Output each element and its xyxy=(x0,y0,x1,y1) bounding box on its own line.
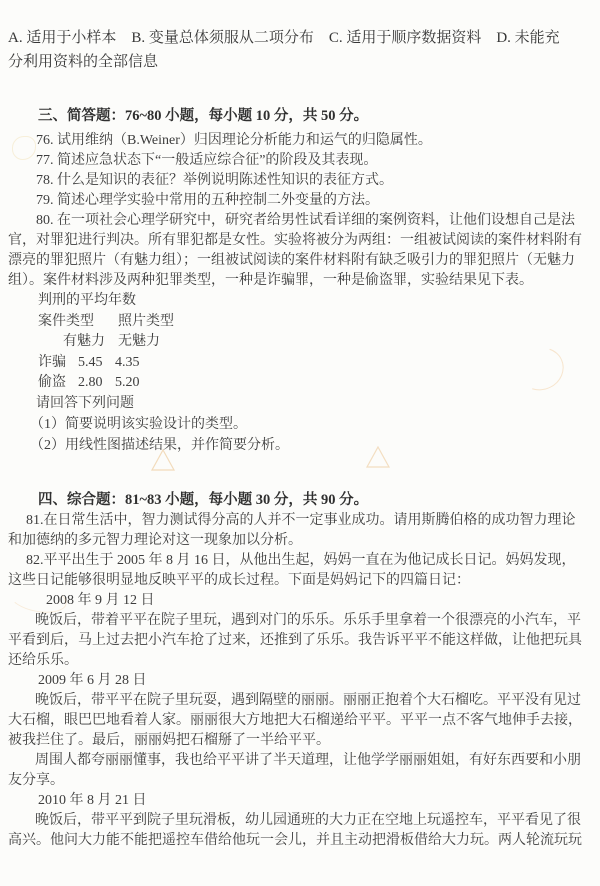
short-answer-section: 三、简答题：76~80 小题，每小题 10 分，共 50 分。 76. 试用维纳… xyxy=(8,105,596,457)
diary-3-line-1: 晚饭后，带平平到院子里玩滑板，幼儿园通班的大力正在空地上玩遥控车，平平看见了很 xyxy=(8,811,596,831)
column-dimension-header: 照片类型 xyxy=(118,312,174,333)
fraud-unattractive-value: 4.35 xyxy=(115,353,140,374)
options-line-1: A. 适用于小样本 B. 变量总体须服从二项分布 C. 适用于顺序数据资料 D.… xyxy=(8,26,596,50)
table-caption-row: 判刑的平均年数 xyxy=(8,291,596,312)
diary-2-line-1: 晚饭后，带平平在院子里玩耍，遇到隔壁的丽丽。丽丽正抱着个大石榴吃。平平没有见过 xyxy=(8,691,596,711)
diary-2-extra-line-2: 友分享。 xyxy=(8,771,596,791)
diary-2-extra-line-1: 周围人都夸丽丽懂事，我也给平平讲了半天道理，让他学学丽丽姐姐，有好东西要和小朋 xyxy=(8,751,596,771)
row-label-theft: 偷盗 xyxy=(38,373,66,394)
question-82-line-1: 82.平平出生于 2005 年 8 月 16 日，从他出生起，妈妈一直在为他记成… xyxy=(8,551,596,571)
theft-attractive-value: 2.80 xyxy=(78,373,103,394)
column-header-unattractive: 无魅力 xyxy=(118,332,160,353)
table-data-row: 偷盗 2.80 5.20 xyxy=(8,373,596,394)
table-dimension-row: 案件类型 照片类型 xyxy=(8,312,596,333)
diary-3-line-2: 高兴。他问大力能不能把遥控车借给他玩一会儿，并且主动把滑板借给大力玩。两人轮流玩… xyxy=(8,831,596,851)
question-81-line-1: 81.在日常生活中，智力测试得分高的人并不一定事业成功。请用斯腾伯格的成功智力理… xyxy=(8,511,596,531)
question-76: 76. 试用维纳（B.Weiner）归因理论分析能力和运气的归隐属性。 xyxy=(8,131,596,151)
answer-options-block: A. 适用于小样本 B. 变量总体须服从二项分布 C. 适用于顺序数据资料 D.… xyxy=(8,26,596,74)
diary-1-line-2: 平看到后，马上过去把小汽车抢了过来，还推到了乐乐。我告诉平平不能这样做，让他把玩… xyxy=(8,631,596,651)
question-80-line-4: 组）。案件材料涉及两种犯罪类型，一种是诈骗罪，一种是偷盗罪，实验结果见下表。 xyxy=(8,271,596,291)
answer-prompt: 请回答下列问题 xyxy=(8,394,596,414)
results-table: 判刑的平均年数 案件类型 照片类型 有魅力 无魅力 诈骗 5.45 4.35 偷… xyxy=(8,291,596,394)
table-data-row: 诈骗 5.45 4.35 xyxy=(8,353,596,374)
short-answer-heading: 三、简答题：76~80 小题，每小题 10 分，共 50 分。 xyxy=(8,105,596,127)
question-78: 78. 什么是知识的表征？举例说明陈述性知识的表征方式。 xyxy=(8,171,596,191)
table-subheader-row: 有魅力 无魅力 xyxy=(8,332,596,353)
question-80-line-1: 80. 在一项社会心理学研究中，研究者给男性试看详细的案例资料，让他们设想自己是… xyxy=(8,211,596,231)
question-81-line-2: 和加德纳的多元智力理论对这一现象加以分析。 xyxy=(8,531,596,551)
diary-date-2010: 2010 年 8 月 21 日 xyxy=(8,791,596,811)
diary-1-line-1: 晚饭后，带着平平在院子里玩，遇到对门的乐乐。乐乐手里拿着一个很漂亮的小汽车，平 xyxy=(8,611,596,631)
diary-date-2008: 2008 年 9 月 12 日 xyxy=(8,591,596,611)
diary-2-line-3: 被我拦住了。最后，丽丽妈把石榴掰了一半给平平。 xyxy=(8,731,596,751)
comprehensive-heading: 四、综合题：81~83 小题，每小题 30 分，共 90 分。 xyxy=(8,489,596,511)
sub-question-2: （2）用线性图描述结果，并作简要分析。 xyxy=(8,435,596,457)
question-80-line-2: 官，对罪犯进行判决。所有罪犯都是女性。实验将被分为两组：一组被试阅读的案件材料附… xyxy=(8,231,596,251)
question-79: 79. 简述心理学实验中常用的五种控制二外变量的方法。 xyxy=(8,191,596,211)
diary-2-line-2: 大石榴，眼巴巴地看着人家。丽丽很大方地把大石榴递给平平。平平一点不客气地伸手去接… xyxy=(8,711,596,731)
row-label-fraud: 诈骗 xyxy=(38,353,66,374)
question-77: 77. 简述应急状态下“一般适应综合征”的阶段及其表现。 xyxy=(8,151,596,171)
sub-question-1: （1）简要说明该实验设计的类型。 xyxy=(8,414,596,436)
row-dimension-header: 案件类型 xyxy=(38,312,94,333)
diary-1-line-3: 还给乐乐。 xyxy=(8,651,596,671)
comprehensive-section: 四、综合题：81~83 小题，每小题 30 分，共 90 分。 81.在日常生活… xyxy=(8,489,596,851)
fraud-attractive-value: 5.45 xyxy=(78,353,103,374)
question-80-line-3: 漂亮的罪犯照片（有魅力组）；一组被试阅读的案件材料附有缺乏吸引力的罪犯照片（无魅… xyxy=(8,251,596,271)
options-line-2: 分利用资料的全部信息 xyxy=(8,50,596,74)
column-header-attractive: 有魅力 xyxy=(63,332,105,353)
exam-scan-page: A. 适用于小样本 B. 变量总体须服从二项分布 C. 适用于顺序数据资料 D.… xyxy=(0,0,600,886)
question-82-line-2: 这些日记能够很明显地反映平平的成长过程。下面是妈妈记下的四篇日记： xyxy=(8,571,596,591)
table-caption: 判刑的平均年数 xyxy=(38,291,136,312)
diary-date-2009: 2009 年 6 月 28 日 xyxy=(8,671,596,691)
theft-unattractive-value: 5.20 xyxy=(115,373,140,394)
